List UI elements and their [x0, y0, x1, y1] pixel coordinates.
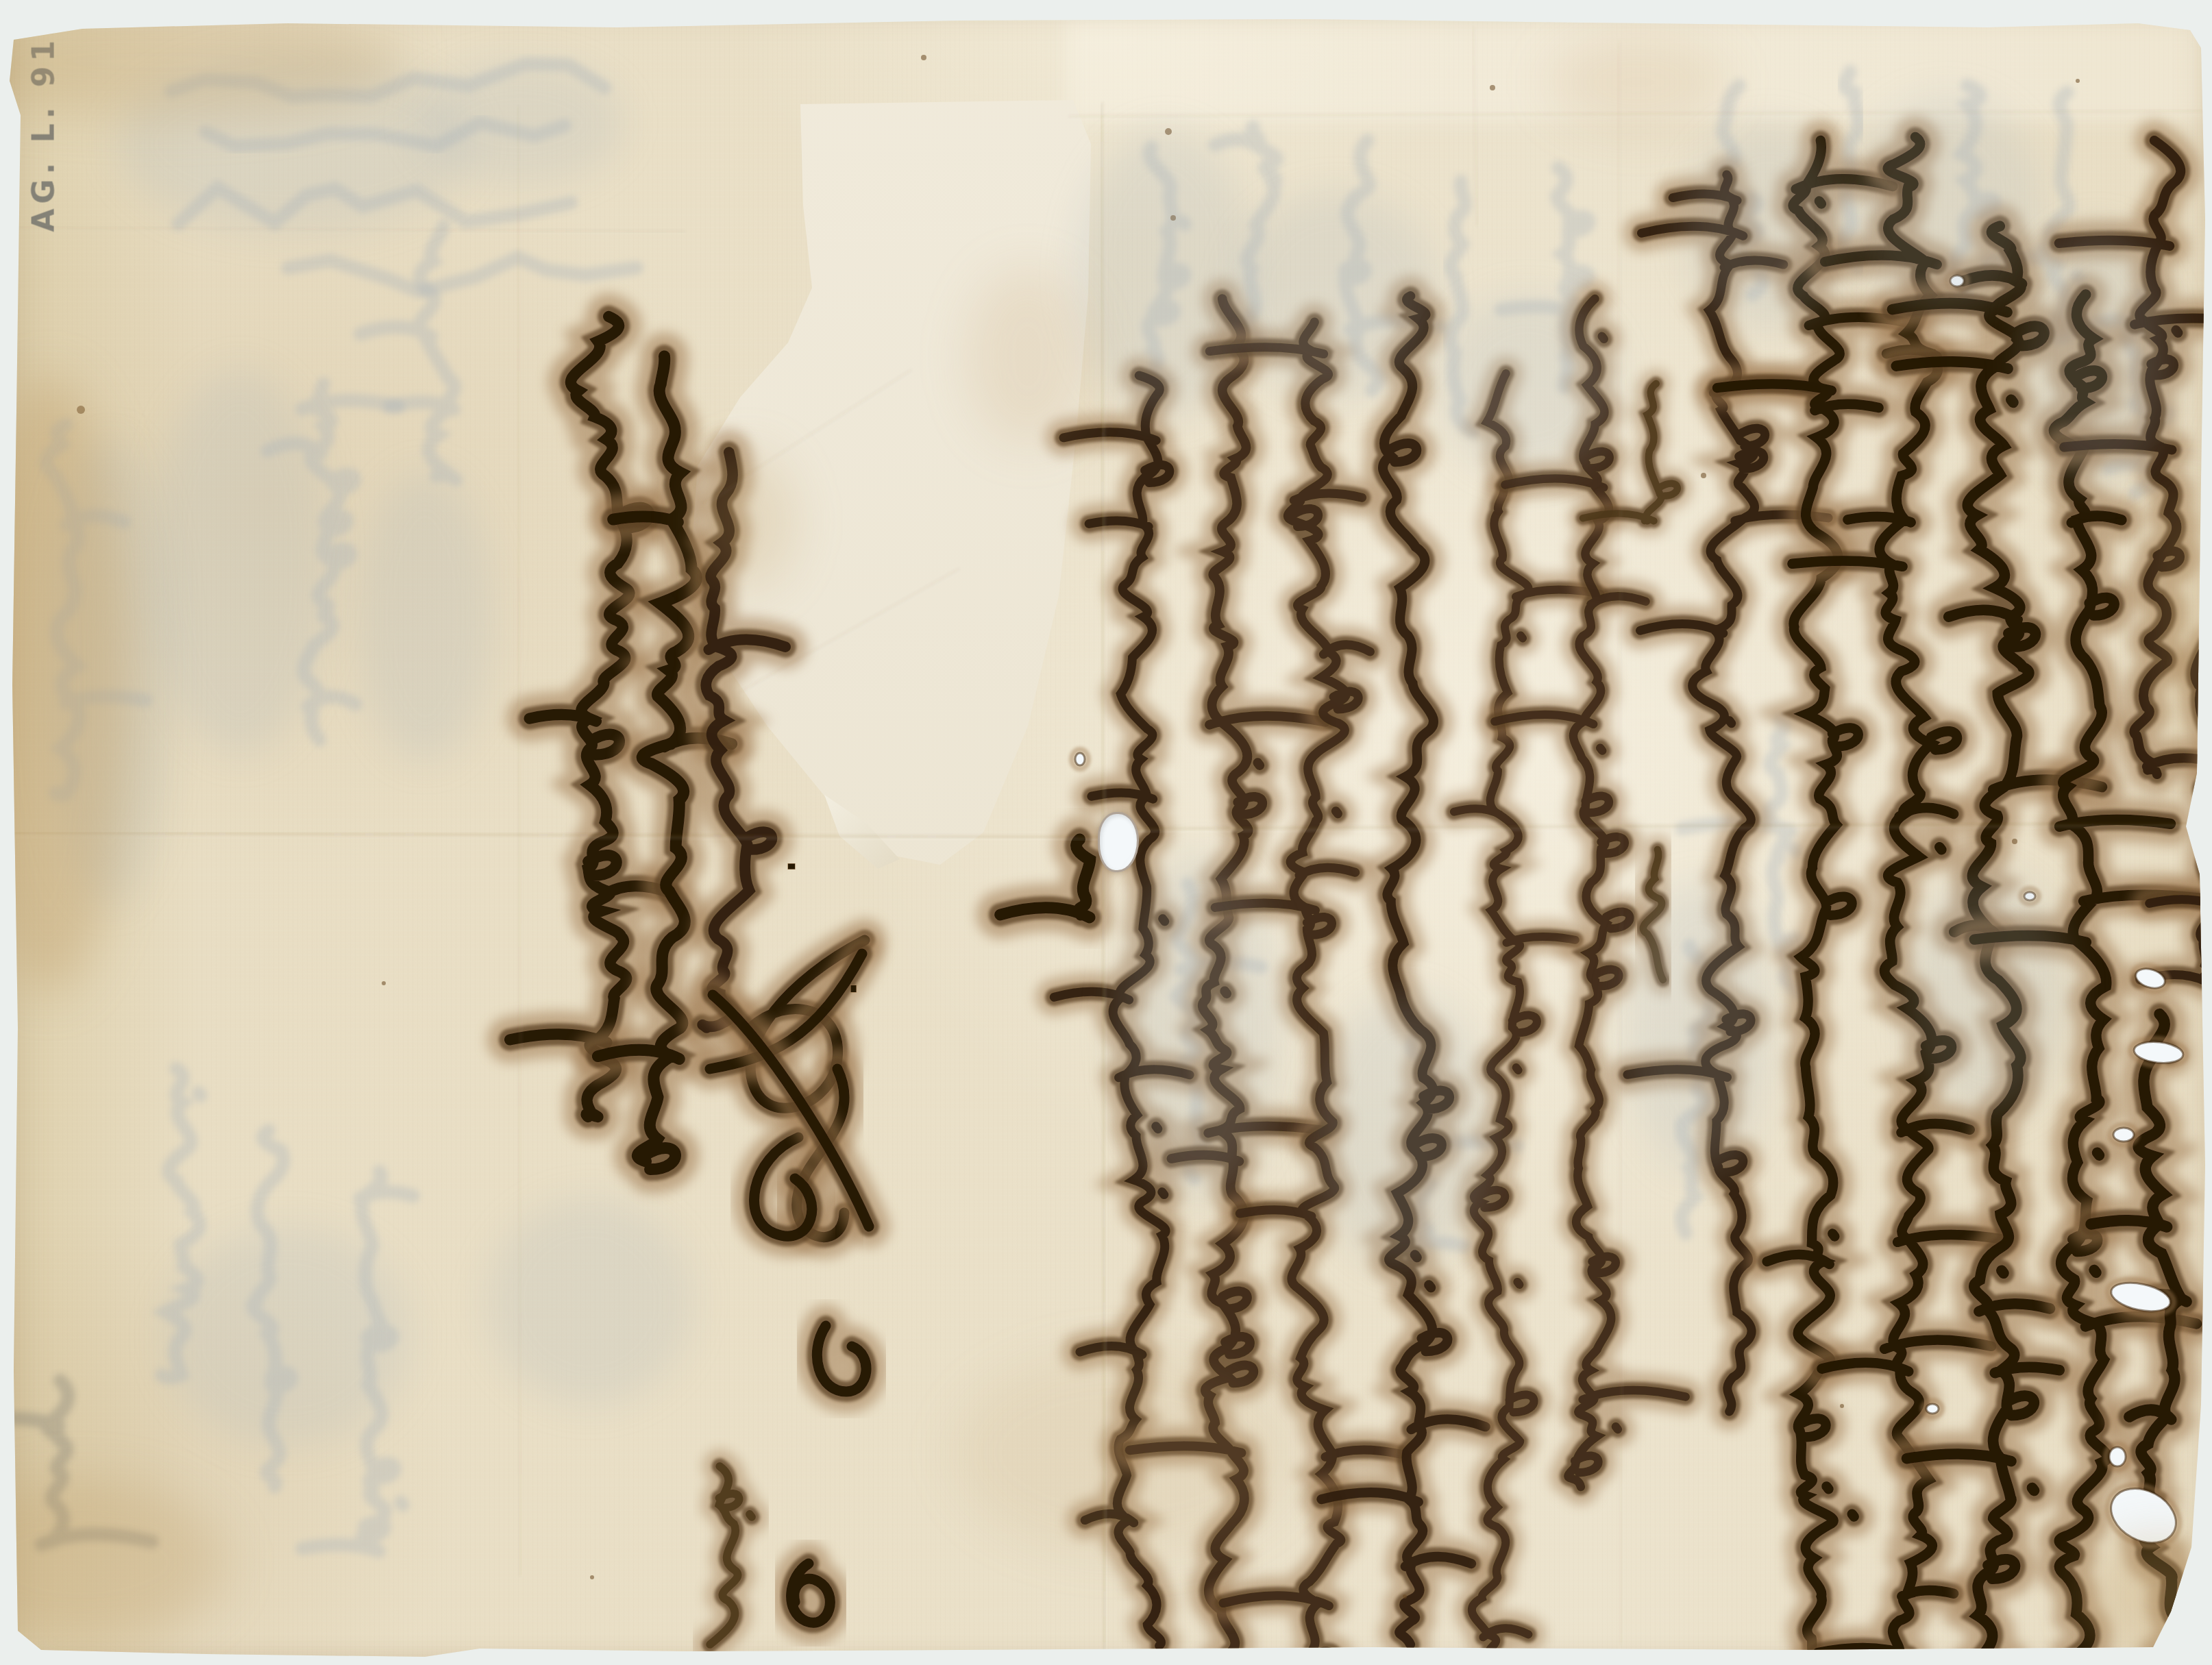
foxing-speck [921, 55, 926, 60]
ink-core [789, 865, 794, 868]
foxing-speck [2012, 839, 2017, 844]
foxing-speck [1840, 1404, 1844, 1408]
foxing-speck [1701, 473, 1706, 478]
foxing-speck [590, 1575, 594, 1579]
foxing-speck [1170, 215, 1176, 221]
letter-paper: AG. L. 915 [0, 0, 2212, 1665]
ghost-stroke [1451, 182, 1473, 432]
ghost-stroke [302, 1172, 413, 1551]
damage-spot [1926, 1404, 1939, 1414]
foxing-speck [2076, 79, 2080, 83]
ghost-stroke [267, 384, 398, 740]
damage-spot [1950, 275, 1964, 286]
ghost-stroke [171, 64, 604, 97]
ghost-stroke [360, 226, 456, 480]
pencil-ghost-stroke [0, 1381, 152, 1544]
foxing-speck [1490, 85, 1495, 90]
foxing-speck [1165, 128, 1172, 135]
ghost-stroke [1143, 147, 1185, 384]
ghost-stroke [47, 425, 146, 795]
foxing-speck [382, 981, 386, 985]
damage-spot [2024, 892, 2035, 900]
damage-spot [2113, 1128, 2134, 1142]
ghost-stroke [178, 188, 571, 224]
damage-spot [1075, 753, 1085, 765]
ghost-stroke [288, 258, 637, 292]
ghost-stroke [253, 1131, 291, 1487]
scanned-letter-page: AG. L. 915 [0, 0, 2212, 1665]
ghost-stroke [206, 123, 565, 146]
ink-core [852, 987, 855, 991]
foxing-speck [1403, 1594, 1407, 1599]
ghost-stroke [162, 1069, 201, 1377]
foxing-speck [77, 406, 85, 414]
damage-spot [2109, 1447, 2126, 1466]
